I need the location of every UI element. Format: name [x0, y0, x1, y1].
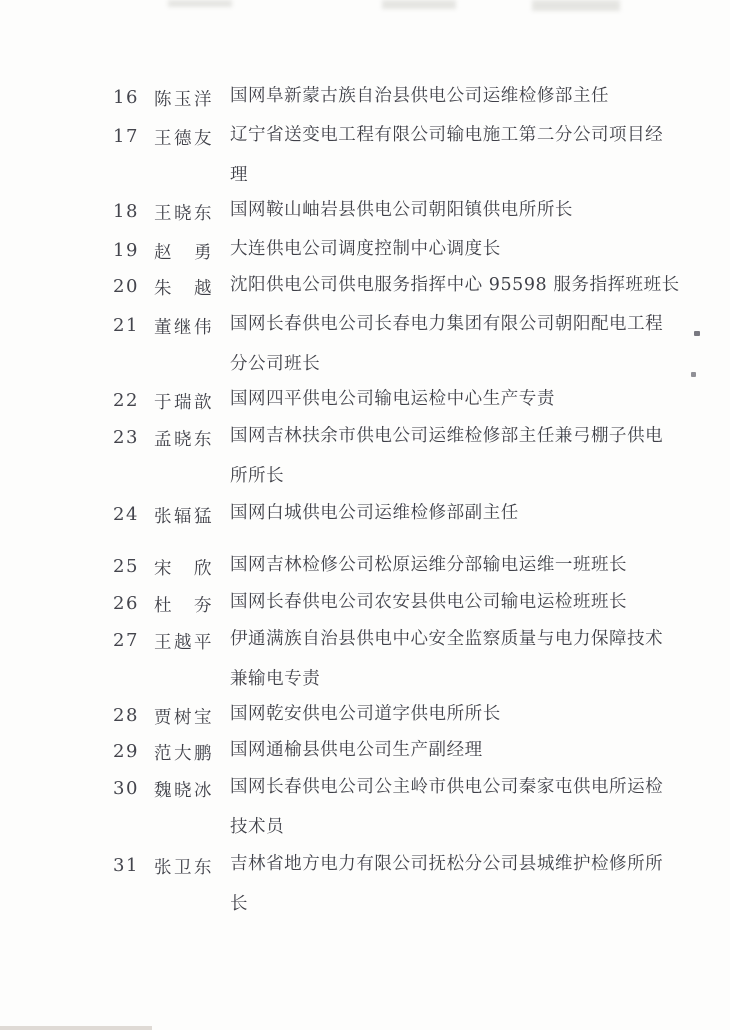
entry-name: 宋 欣	[154, 555, 214, 580]
entry-title-line: 辽宁省送变电工程有限公司输电施工第二分公司项目经	[230, 125, 675, 165]
entry-name: 董继伟	[154, 314, 214, 339]
entry-title: 吉林省地方电力有限公司抚松分公司县城维护检修所所 长	[230, 854, 675, 934]
entry-title-line: 国网通榆县供电公司生产副经理	[230, 740, 675, 780]
entry-title-line: 大连供电公司调度控制中心调度长	[230, 239, 675, 279]
entry-number: 27	[113, 630, 139, 651]
entry-number: 30	[113, 778, 139, 799]
entry-name: 范大鹏	[154, 740, 214, 765]
entry-title-line: 国网乾安供电公司道字供电所所长	[230, 704, 675, 744]
entry-number: 24	[113, 504, 139, 525]
entry-title: 伊通满族自治县供电中心安全监察质量与电力保障技术 兼输电专责	[230, 629, 675, 709]
entry-title-line: 国网阜新蒙古族自治县供电公司运维检修部主任	[230, 86, 675, 126]
entry-name: 王越平	[154, 629, 214, 654]
entry-title: 国网长春供电公司农安县供电公司输电运检班班长	[230, 592, 675, 632]
entry-title-line: 国网长春供电公司公主岭市供电公司秦家屯供电所运检	[230, 777, 675, 817]
entry-title: 国网吉林检修公司松原运维分部输电运维一班班长	[230, 555, 675, 595]
entry-title-line: 吉林省地方电力有限公司抚松分公司县城维护检修所所	[230, 854, 675, 894]
ink-speck	[691, 372, 696, 377]
entry-title-line: 国网白城供电公司运维检修部副主任	[230, 503, 675, 543]
entry-title: 国网白城供电公司运维检修部副主任	[230, 503, 675, 543]
entry-number: 22	[113, 390, 139, 411]
scan-noise	[382, 0, 456, 9]
entry-title: 辽宁省送变电工程有限公司输电施工第二分公司项目经 理	[230, 125, 675, 205]
entry-title: 国网通榆县供电公司生产副经理	[230, 740, 675, 780]
entry-title: 国网四平供电公司输电运检中心生产专责	[230, 389, 675, 429]
entry-name: 王德友	[154, 125, 214, 150]
entry-number: 28	[113, 705, 139, 726]
entry-title: 沈阳供电公司供电服务指挥中心 95598 服务指挥班班长	[230, 275, 675, 315]
entry-title: 国网长春供电公司长春电力集团有限公司朝阳配电工程 分公司班长	[230, 314, 675, 394]
entry-title-line: 国网吉林检修公司松原运维分部输电运维一班班长	[230, 555, 675, 595]
scan-noise	[168, 0, 232, 7]
entry-number: 26	[113, 593, 139, 614]
entry-name: 于瑞歆	[154, 389, 214, 414]
entry-name: 孟晓东	[154, 426, 214, 451]
entry-name: 杜 夯	[154, 592, 214, 617]
entry-title-line: 分公司班长	[230, 354, 675, 394]
ink-speck	[694, 331, 700, 336]
entry-number: 25	[113, 556, 139, 577]
scan-edge-shadow	[0, 1026, 152, 1030]
entry-title-line: 技术员	[230, 817, 675, 857]
entry-name: 王晓东	[154, 200, 214, 225]
entry-name: 魏晓冰	[154, 777, 214, 802]
entry-name: 贾树宝	[154, 704, 214, 729]
entry-title-line: 国网长春供电公司农安县供电公司输电运检班班长	[230, 592, 675, 632]
entry-title-line: 理	[230, 165, 675, 205]
entry-number: 17	[113, 126, 139, 147]
entry-number: 23	[113, 427, 139, 448]
entry-title: 国网乾安供电公司道字供电所所长	[230, 704, 675, 744]
entry-name: 赵 勇	[154, 239, 214, 264]
entry-title: 国网鞍山岫岩县供电公司朝阳镇供电所所长	[230, 200, 675, 240]
entry-title-line: 兼输电专责	[230, 669, 675, 709]
entry-title-line: 国网长春供电公司长春电力集团有限公司朝阳配电工程	[230, 314, 675, 354]
entry-title-line: 长	[230, 894, 675, 934]
entry-number: 16	[113, 87, 139, 108]
document-page: 16 陈玉洋 国网阜新蒙古族自治县供电公司运维检修部主任 17 王德友 辽宁省送…	[0, 0, 730, 1030]
entry-name: 朱 越	[154, 275, 214, 300]
entry-title: 大连供电公司调度控制中心调度长	[230, 239, 675, 279]
entry-name: 张卫东	[154, 854, 214, 879]
entry-title-line: 国网吉林扶余市供电公司运维检修部主任兼弓棚子供电	[230, 426, 675, 466]
entry-number: 19	[113, 240, 139, 261]
entry-title-line: 沈阳供电公司供电服务指挥中心 95598 服务指挥班班长	[230, 275, 675, 315]
entry-title: 国网吉林扶余市供电公司运维检修部主任兼弓棚子供电 所所长	[230, 426, 675, 506]
entry-title-line: 伊通满族自治县供电中心安全监察质量与电力保障技术	[230, 629, 675, 669]
entry-title: 国网长春供电公司公主岭市供电公司秦家屯供电所运检 技术员	[230, 777, 675, 857]
entry-number: 29	[113, 741, 139, 762]
entry-title-line: 国网鞍山岫岩县供电公司朝阳镇供电所所长	[230, 200, 675, 240]
entry-number: 31	[113, 855, 139, 876]
entry-title: 国网阜新蒙古族自治县供电公司运维检修部主任	[230, 86, 675, 126]
entry-title-line: 国网四平供电公司输电运检中心生产专责	[230, 389, 675, 429]
entry-name: 张辐猛	[154, 503, 214, 528]
entry-number: 21	[113, 315, 139, 336]
entry-name: 陈玉洋	[154, 86, 214, 111]
entry-number: 18	[113, 201, 139, 222]
entry-title-line: 所所长	[230, 466, 675, 506]
scan-noise	[532, 0, 620, 11]
entry-number: 20	[113, 276, 139, 297]
